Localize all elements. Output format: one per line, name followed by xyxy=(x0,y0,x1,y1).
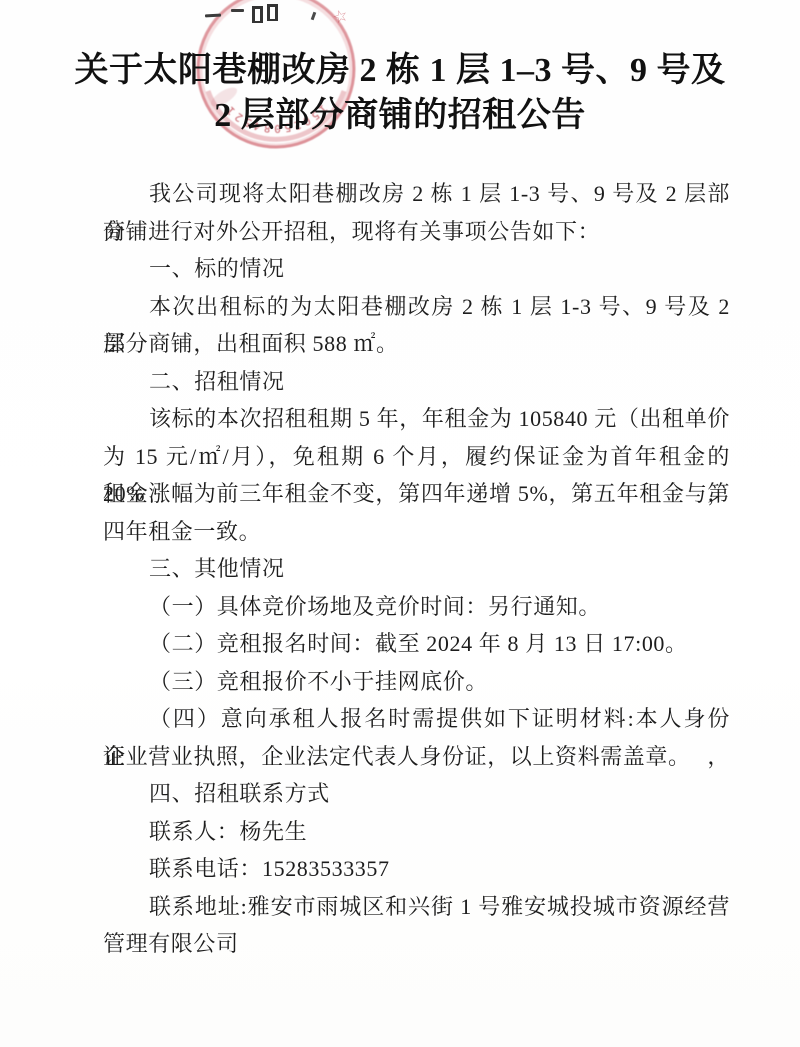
subject-line-2: 部分商铺，出租面积 588 ㎡。 xyxy=(103,325,730,363)
scan-artifact-glyph xyxy=(267,4,278,21)
heading-section-3: 三、其他情况 xyxy=(103,550,730,588)
document-title: 关于太阳巷棚改房 2 栋 1 层 1–3 号、9 号及 2 层部分商铺的招租公告 xyxy=(55,48,745,138)
contact-person-line: 联系人：杨先生 xyxy=(103,813,730,851)
scan-artifact-dash xyxy=(231,9,244,12)
scanned-document-page: 15025084521 ☆ 关于太阳巷棚改房 2 栋 1 层 1–3 号、9 号… xyxy=(0,0,800,1047)
item-2-line: （二）竞租报名时间：截至 2024 年 8 月 13 日 17:00。 xyxy=(103,625,730,663)
item-4-line-1: （四）意向承租人报名时需提供如下证明材料:本人身份证， xyxy=(103,700,730,738)
item-1-line: （一）具体竞价场地及竞价时间：另行通知。 xyxy=(103,588,730,626)
heading-section-4: 四、招租联系方式 xyxy=(103,775,730,813)
heading-section-1: 一、标的情况 xyxy=(103,250,730,288)
terms-line-2: 为 15 元/㎡/月），免租期 6 个月，履约保证金为首年租金的 20%， xyxy=(103,438,730,476)
terms-line-1: 该标的本次招租租期 5 年，年租金为 105840 元（出租单价 xyxy=(103,400,730,438)
document-body: 我公司现将太阳巷棚改房 2 栋 1 层 1-3 号、9 号及 2 层部分 商铺进… xyxy=(103,175,730,963)
title-line-1: 关于太阳巷棚改房 2 栋 1 层 1–3 号、9 号及 xyxy=(55,48,745,93)
intro-line-2: 商铺进行对外公开招租，现将有关事项公告如下： xyxy=(103,213,730,251)
subject-line-1: 本次出租标的为太阳巷棚改房 2 栋 1 层 1-3 号、9 号及 2 层 xyxy=(103,288,730,326)
contact-address-line-1: 联系地址:雅安市雨城区和兴街 1 号雅安城投城市资源经营 xyxy=(103,888,730,926)
terms-line-3: 租金涨幅为前三年租金不变，第四年递增 5%，第五年租金与第 xyxy=(103,475,730,513)
title-line-2: 2 层部分商铺的招租公告 xyxy=(55,93,745,138)
scan-artifact-glyph xyxy=(252,6,263,23)
item-3-line: （三）竞租报价不小于挂网底价。 xyxy=(103,663,730,701)
contact-phone-line: 联系电话：15283533357 xyxy=(103,850,730,888)
heading-section-2: 二、招租情况 xyxy=(103,363,730,401)
intro-line-1: 我公司现将太阳巷棚改房 2 栋 1 层 1-3 号、9 号及 2 层部分 xyxy=(103,175,730,213)
contact-address-line-2: 管理有限公司 xyxy=(103,925,730,963)
terms-line-4: 四年租金一致。 xyxy=(103,513,730,551)
item-4-line-2: 企业营业执照，企业法定代表人身份证，以上资料需盖章。 xyxy=(103,738,730,776)
